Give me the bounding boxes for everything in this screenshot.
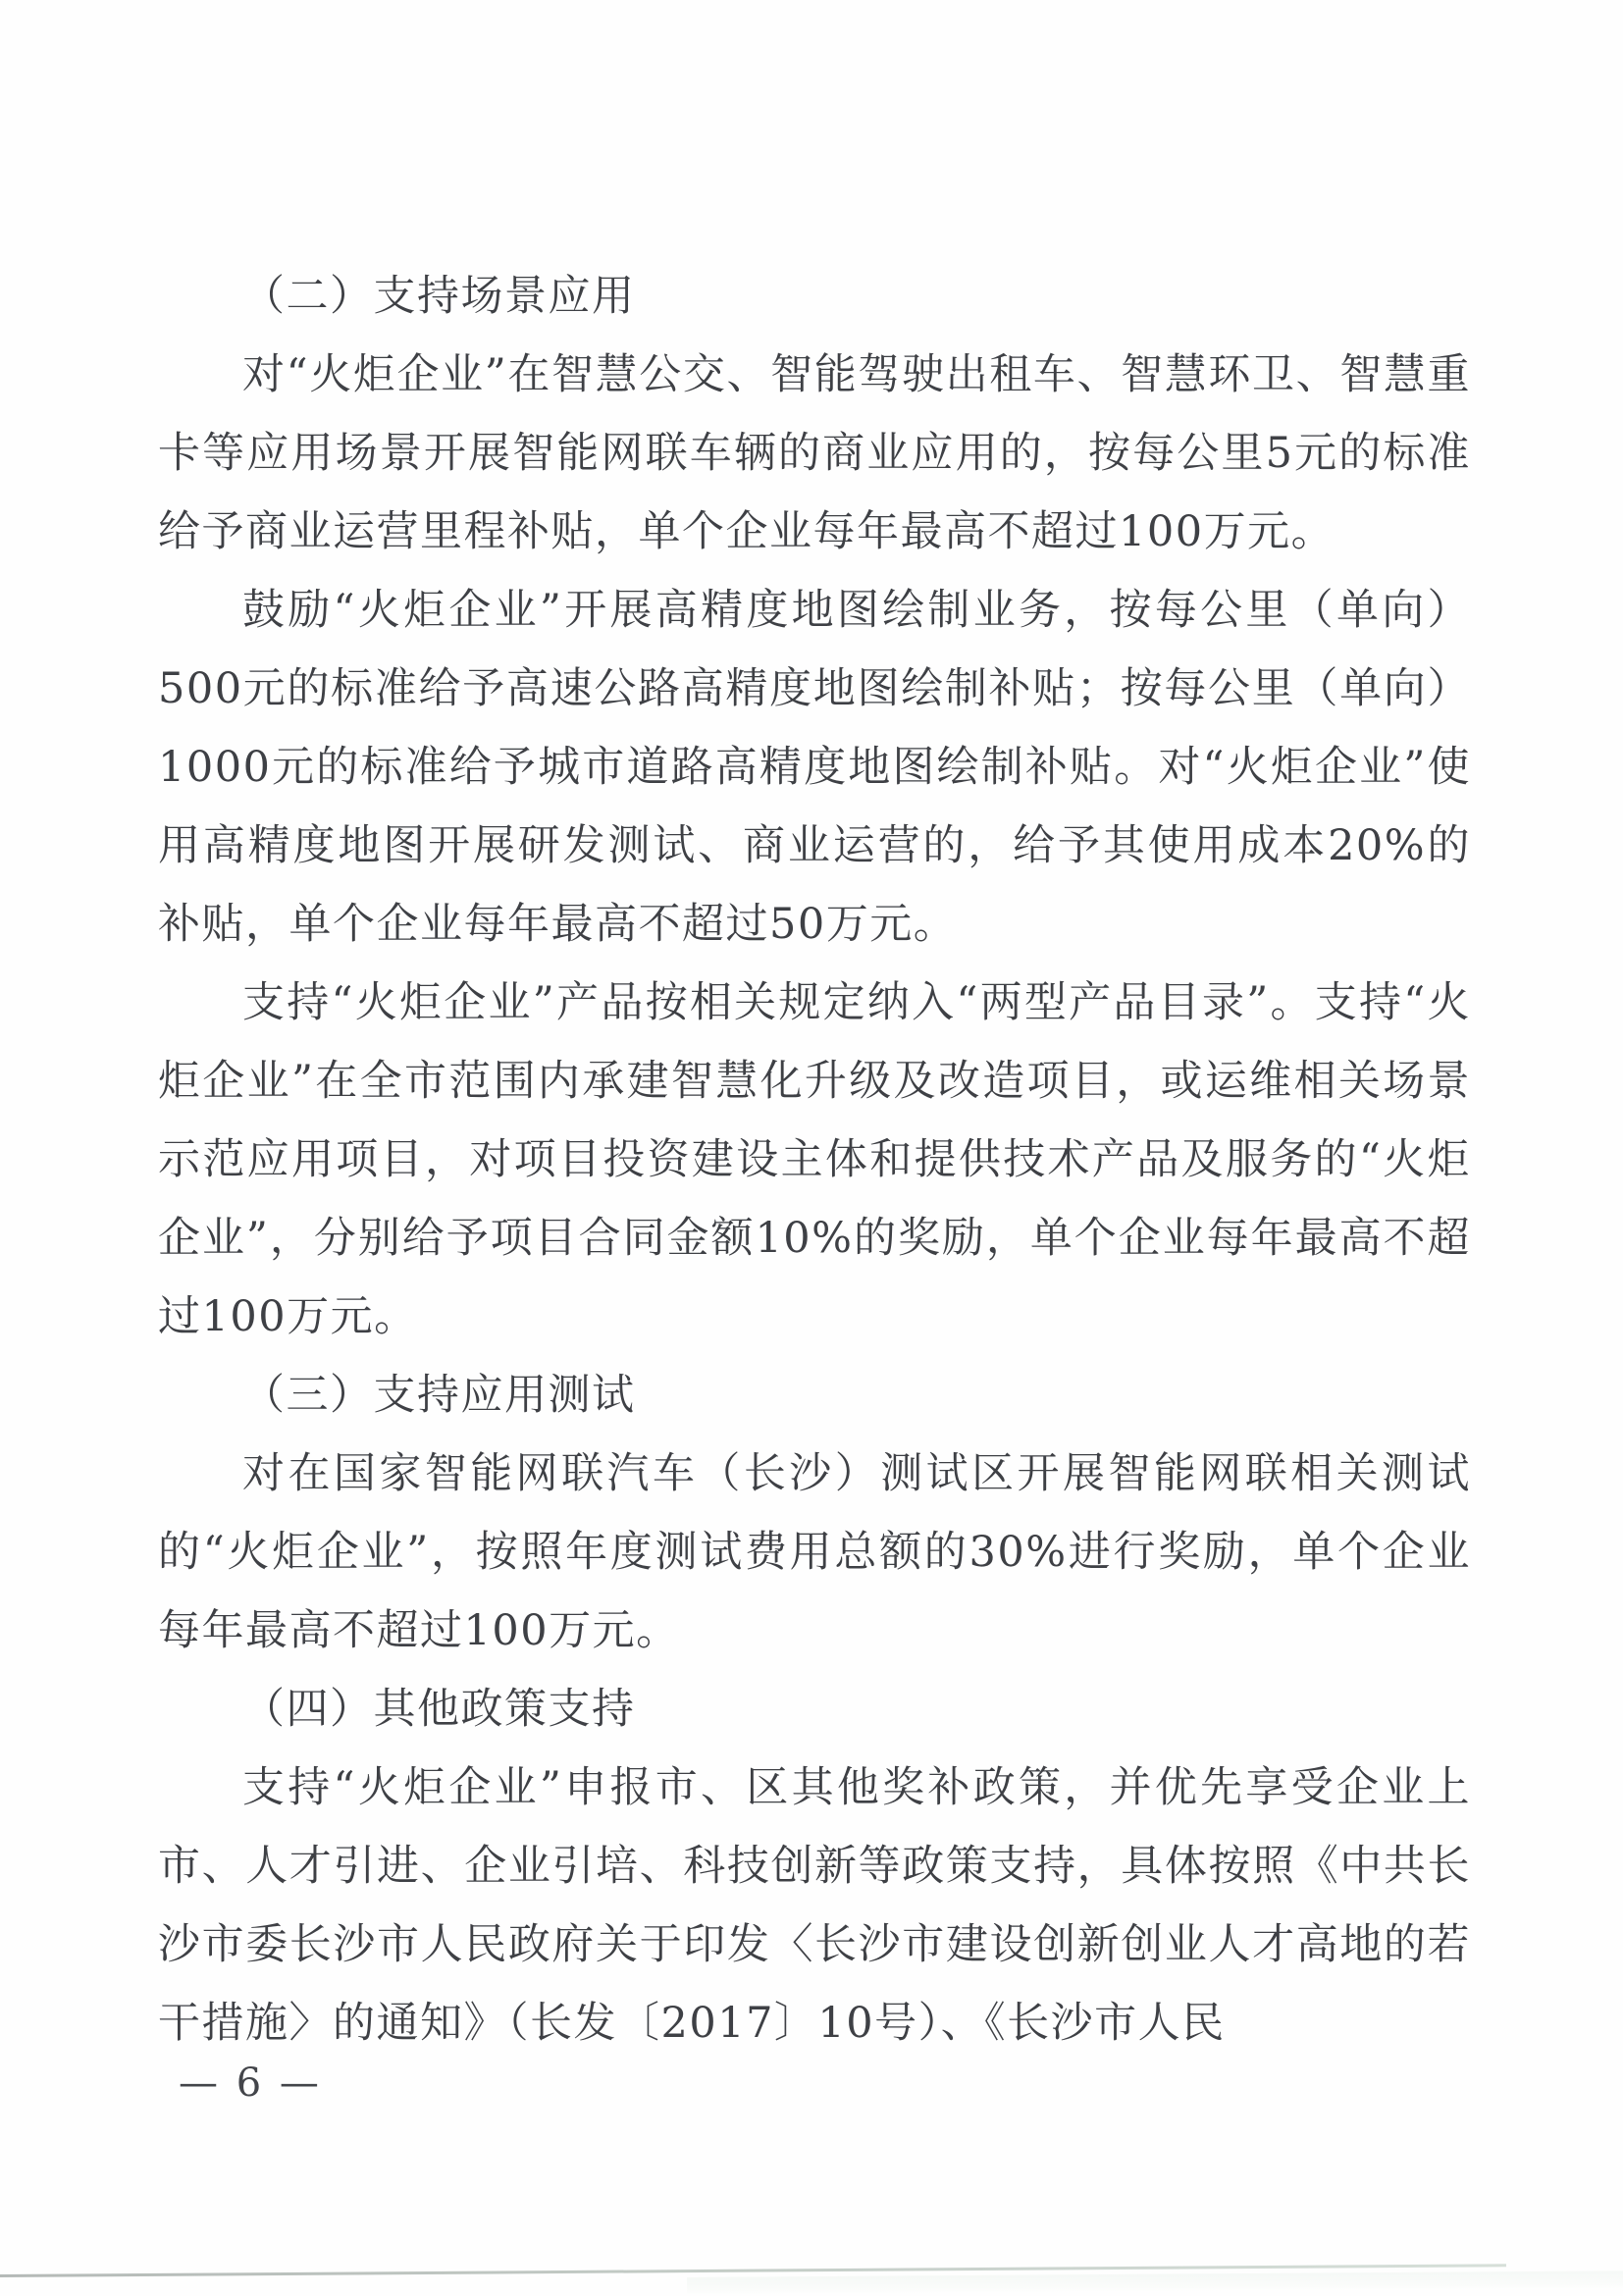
page-number: — 6 —: [179, 2061, 322, 2106]
document-page: （二）支持场景应用 对“火炬企业”在智慧公交、智能驾驶出租车、智慧环卫、智慧重卡…: [0, 0, 1623, 2296]
paragraph-other-policy-support: 支持“火炬企业”申报市、区其他奖补政策，并优先享受企业上市、人才引进、企业引培、…: [158, 1748, 1471, 2062]
paragraph-scene-application-mileage-subsidy: 对“火炬企业”在智慧公交、智能驾驶出租车、智慧环卫、智慧重卡等应用场景开展智能网…: [158, 336, 1471, 571]
section-heading-2: （二）支持场景应用: [158, 257, 1471, 336]
paragraph-hd-map-subsidy: 鼓励“火炬企业”开展高精度地图绘制业务，按每公里（单向）500元的标准给予高速公…: [158, 571, 1471, 964]
section-heading-4: （四）其他政策支持: [158, 1670, 1471, 1748]
document-body: （二）支持场景应用 对“火炬企业”在智慧公交、智能驾驶出租车、智慧环卫、智慧重卡…: [158, 257, 1471, 2062]
paragraph-product-catalog-project-reward: 支持“火炬企业”产品按相关规定纳入“两型产品目录”。支持“火炬企业”在全市范围内…: [158, 964, 1471, 1356]
paragraph-test-zone-reward: 对在国家智能网联汽车（长沙）测试区开展智能网联相关测试的“火炬企业”，按照年度测…: [158, 1435, 1471, 1670]
scan-bottom-tint-artifact: [687, 2270, 1623, 2296]
section-heading-3: （三）支持应用测试: [158, 1356, 1471, 1435]
